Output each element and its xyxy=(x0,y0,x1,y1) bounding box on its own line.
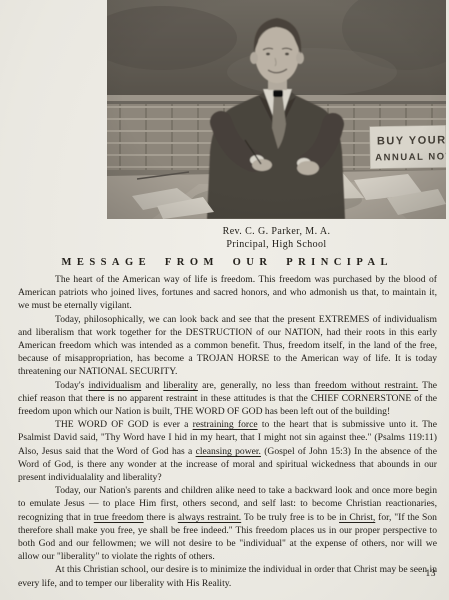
paragraph: At this Christian school, our desire is … xyxy=(18,563,437,589)
underlined-phrase: true freedom xyxy=(94,512,144,523)
underlined-phrase: freedom without restraint. xyxy=(315,380,418,391)
photo-caption: Rev. C. G. Parker, M. A. Principal, High… xyxy=(107,225,446,251)
caption-title: Principal, High School xyxy=(107,238,446,251)
paragraph: The heart of the American way of life is… xyxy=(18,273,437,313)
page-title: MESSAGE FROM OUR PRINCIPAL xyxy=(0,257,449,268)
text-run: The heart of the American way of life is… xyxy=(18,274,437,311)
text-run: there is xyxy=(144,512,178,523)
caption-name: Rev. C. G. Parker, M. A. xyxy=(107,225,446,238)
underlined-phrase: individualism xyxy=(88,380,141,391)
paragraph: THE WORD OF GOD is ever a restraining fo… xyxy=(18,418,437,484)
underlined-phrase: always restraint. xyxy=(178,512,241,523)
paragraph: Today's individualism and liberality are… xyxy=(18,379,437,419)
underlined-phrase: in Christ, xyxy=(339,512,375,523)
text-run: At this Christian school, our desire is … xyxy=(18,564,437,588)
page-number: 13 xyxy=(426,569,437,579)
underlined-phrase: restraining force xyxy=(193,419,258,430)
paragraph: Today, our Nation's parents and children… xyxy=(18,484,437,563)
body-text: The heart of the American way of life is… xyxy=(18,273,437,590)
principal-photo: BUY YOUR ANNUAL NOW xyxy=(107,0,446,219)
underlined-phrase: cleansing power. xyxy=(196,446,261,457)
underlined-phrase: liberality xyxy=(163,380,198,391)
text-run: To be truly free is to be xyxy=(241,512,339,523)
yearbook-page: BUY YOUR ANNUAL NOW xyxy=(0,0,449,600)
text-run: Today's xyxy=(55,380,88,391)
text-run: and xyxy=(141,380,163,391)
paragraph: Today, philosophically, we can look back… xyxy=(18,313,437,379)
text-run: THE WORD OF GOD is ever a xyxy=(55,419,193,430)
text-run: are, generally, no less than xyxy=(198,380,315,391)
text-run: Today, philosophically, we can look back… xyxy=(18,314,437,378)
